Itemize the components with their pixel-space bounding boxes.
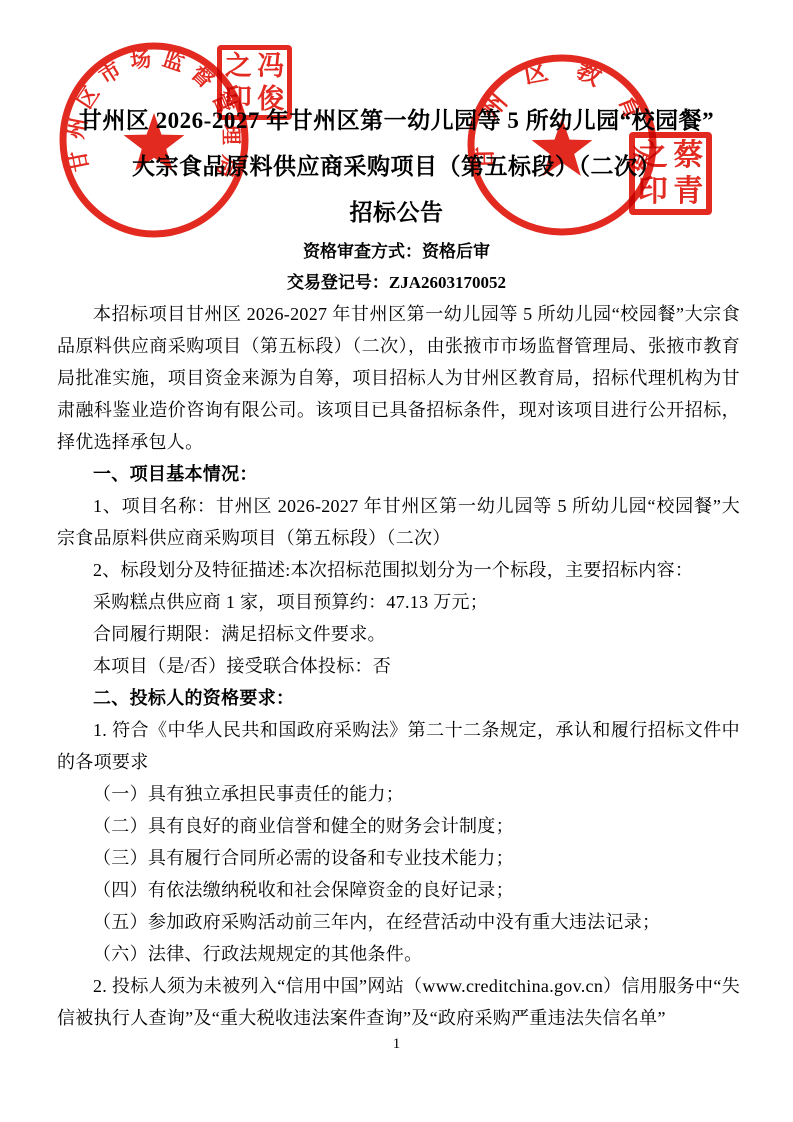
budget-line: 采购糕点供应商 1 家，项目预算约：47.13 万元；: [57, 586, 740, 618]
title-line-2: 大宗食品原料供应商采购项目（第五标段）（二次）: [0, 144, 793, 190]
title-line-3: 招标公告: [0, 190, 793, 236]
requirement-1-sub-4: （四）有依法缴纳税收和社会保障资金的良好记录；: [57, 874, 740, 906]
lot-division-item: 2、标段划分及特征描述:本次招标范围拟划分为一个标段，主要招标内容：: [57, 554, 740, 586]
intro-paragraph: 本招标项目甘州区 2026-2027 年甘州区第一幼儿园等 5 所幼儿园“校园餐…: [57, 298, 740, 458]
title-line-1: 甘州区 2026-2027 年甘州区第一幼儿园等 5 所幼儿园“校园餐”: [0, 98, 793, 144]
requirement-1-sub-5: （五）参加政府采购活动前三年内，在经营活动中没有重大违法记录；: [57, 906, 740, 938]
section-2-heading: 二、投标人的资格要求：: [57, 682, 740, 714]
requirement-1-sub-6: （六）法律、行政法规规定的其他条件。: [57, 938, 740, 970]
requirement-1-sub-2: （二）具有良好的商业信誉和健全的财务会计制度；: [57, 810, 740, 842]
qualification-method-line: 资格审查方式：资格后审: [0, 236, 793, 267]
requirement-1: 1. 符合《中华人民共和国政府采购法》第二十二条规定，承认和履行招标文件中的各项…: [57, 714, 740, 778]
requirement-1-sub-1: （一）具有独立承担民事责任的能力；: [57, 778, 740, 810]
section-1-heading: 一、项目基本情况：: [57, 458, 740, 490]
document-page: 甘州区市场监督管理局 之 冯 印 俊 甘州区教育局 之 蔡 印 青 甘州区 20…: [0, 0, 793, 1122]
requirement-1-sub-3: （三）具有履行合同所必需的设备和专业技术能力；: [57, 842, 740, 874]
page-number: 1: [0, 1036, 793, 1053]
document-title: 甘州区 2026-2027 年甘州区第一幼儿园等 5 所幼儿园“校园餐” 大宗食…: [0, 0, 793, 236]
document-body: 本招标项目甘州区 2026-2027 年甘州区第一幼儿园等 5 所幼儿园“校园餐…: [0, 298, 793, 1034]
requirement-2: 2. 投标人须为未被列入“信用中国”网站（www.creditchina.gov…: [57, 970, 740, 1034]
project-name-item: 1、项目名称：甘州区 2026-2027 年甘州区第一幼儿园等 5 所幼儿园“校…: [57, 490, 740, 554]
consortium-bid-line: 本项目（是/否）接受联合体投标：否: [57, 650, 740, 682]
registration-number-line: 交易登记号：ZJA2603170052: [0, 267, 793, 298]
document-meta: 资格审查方式：资格后审 交易登记号：ZJA2603170052: [0, 236, 793, 298]
contract-term-line: 合同履行期限：满足招标文件要求。: [57, 618, 740, 650]
